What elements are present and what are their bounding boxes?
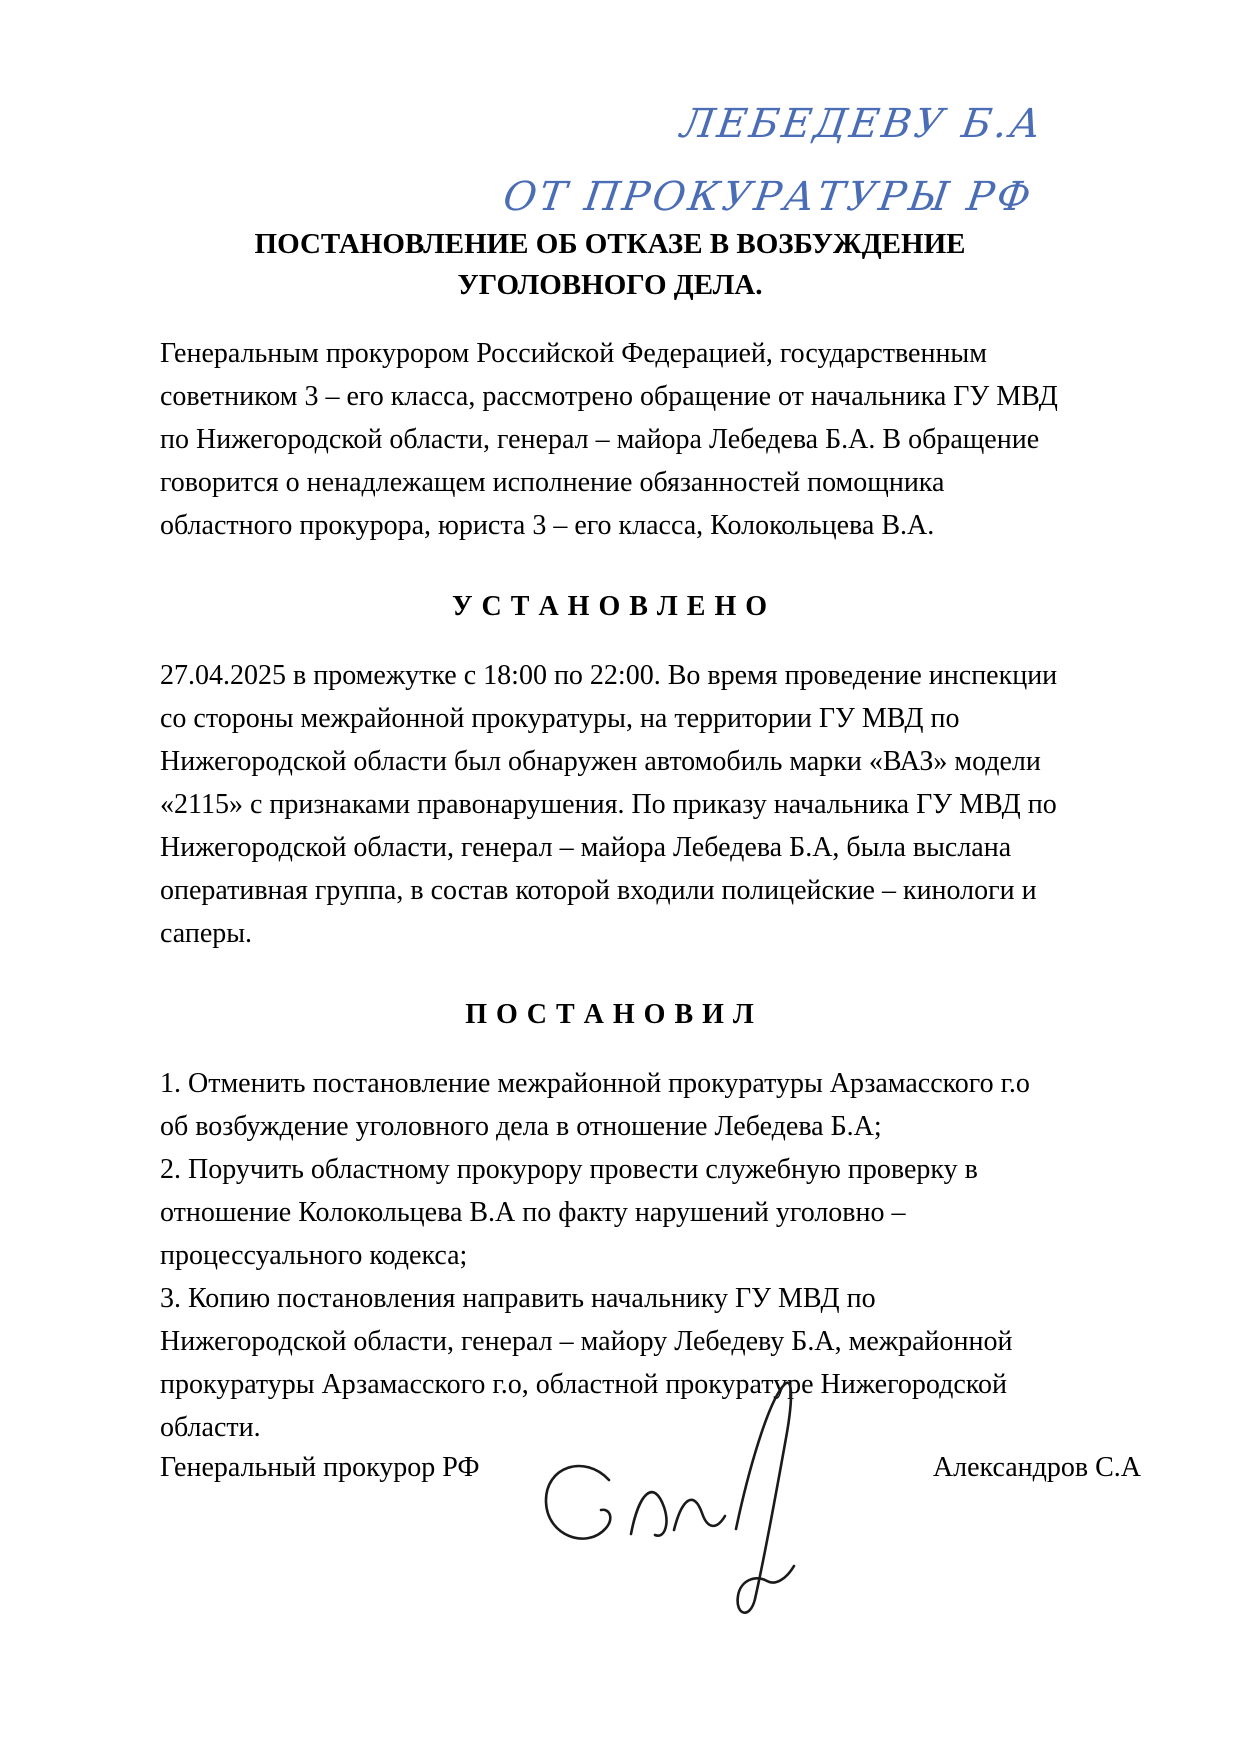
document-page: ЛЕБЕДЕВУ Б.А ОТ ПРОКУРАТУРЫ РФ ПОСТАНОВЛ… <box>0 0 1241 1755</box>
resolved-heading: П О С Т А Н О В И Л <box>160 993 1060 1036</box>
signer-name-label: Александров С.А <box>933 1446 1141 1489</box>
established-heading: У С Т А Н О В Л Е Н О <box>160 585 1060 628</box>
signature-ink <box>535 1362 865 1647</box>
signer-role-label: Генеральный прокурор РФ <box>160 1446 480 1489</box>
resolved-item-1: 1. Отменить постановление межрайонной пр… <box>160 1062 1060 1148</box>
established-paragraph: 27.04.2025 в промежутке с 18:00 по 22:00… <box>160 654 1060 955</box>
resolved-item-2: 2. Поручить областному прокурору провест… <box>160 1148 1060 1277</box>
intro-paragraph: Генеральным прокурором Российской Федера… <box>160 332 1060 547</box>
document-body: ПОСТАНОВЛЕНИЕ ОБ ОТКАЗЕ В ВОЗБУЖДЕНИЕ УГ… <box>160 0 1060 1449</box>
document-title: ПОСТАНОВЛЕНИЕ ОБ ОТКАЗЕ В ВОЗБУЖДЕНИЕ УГ… <box>160 224 1060 306</box>
